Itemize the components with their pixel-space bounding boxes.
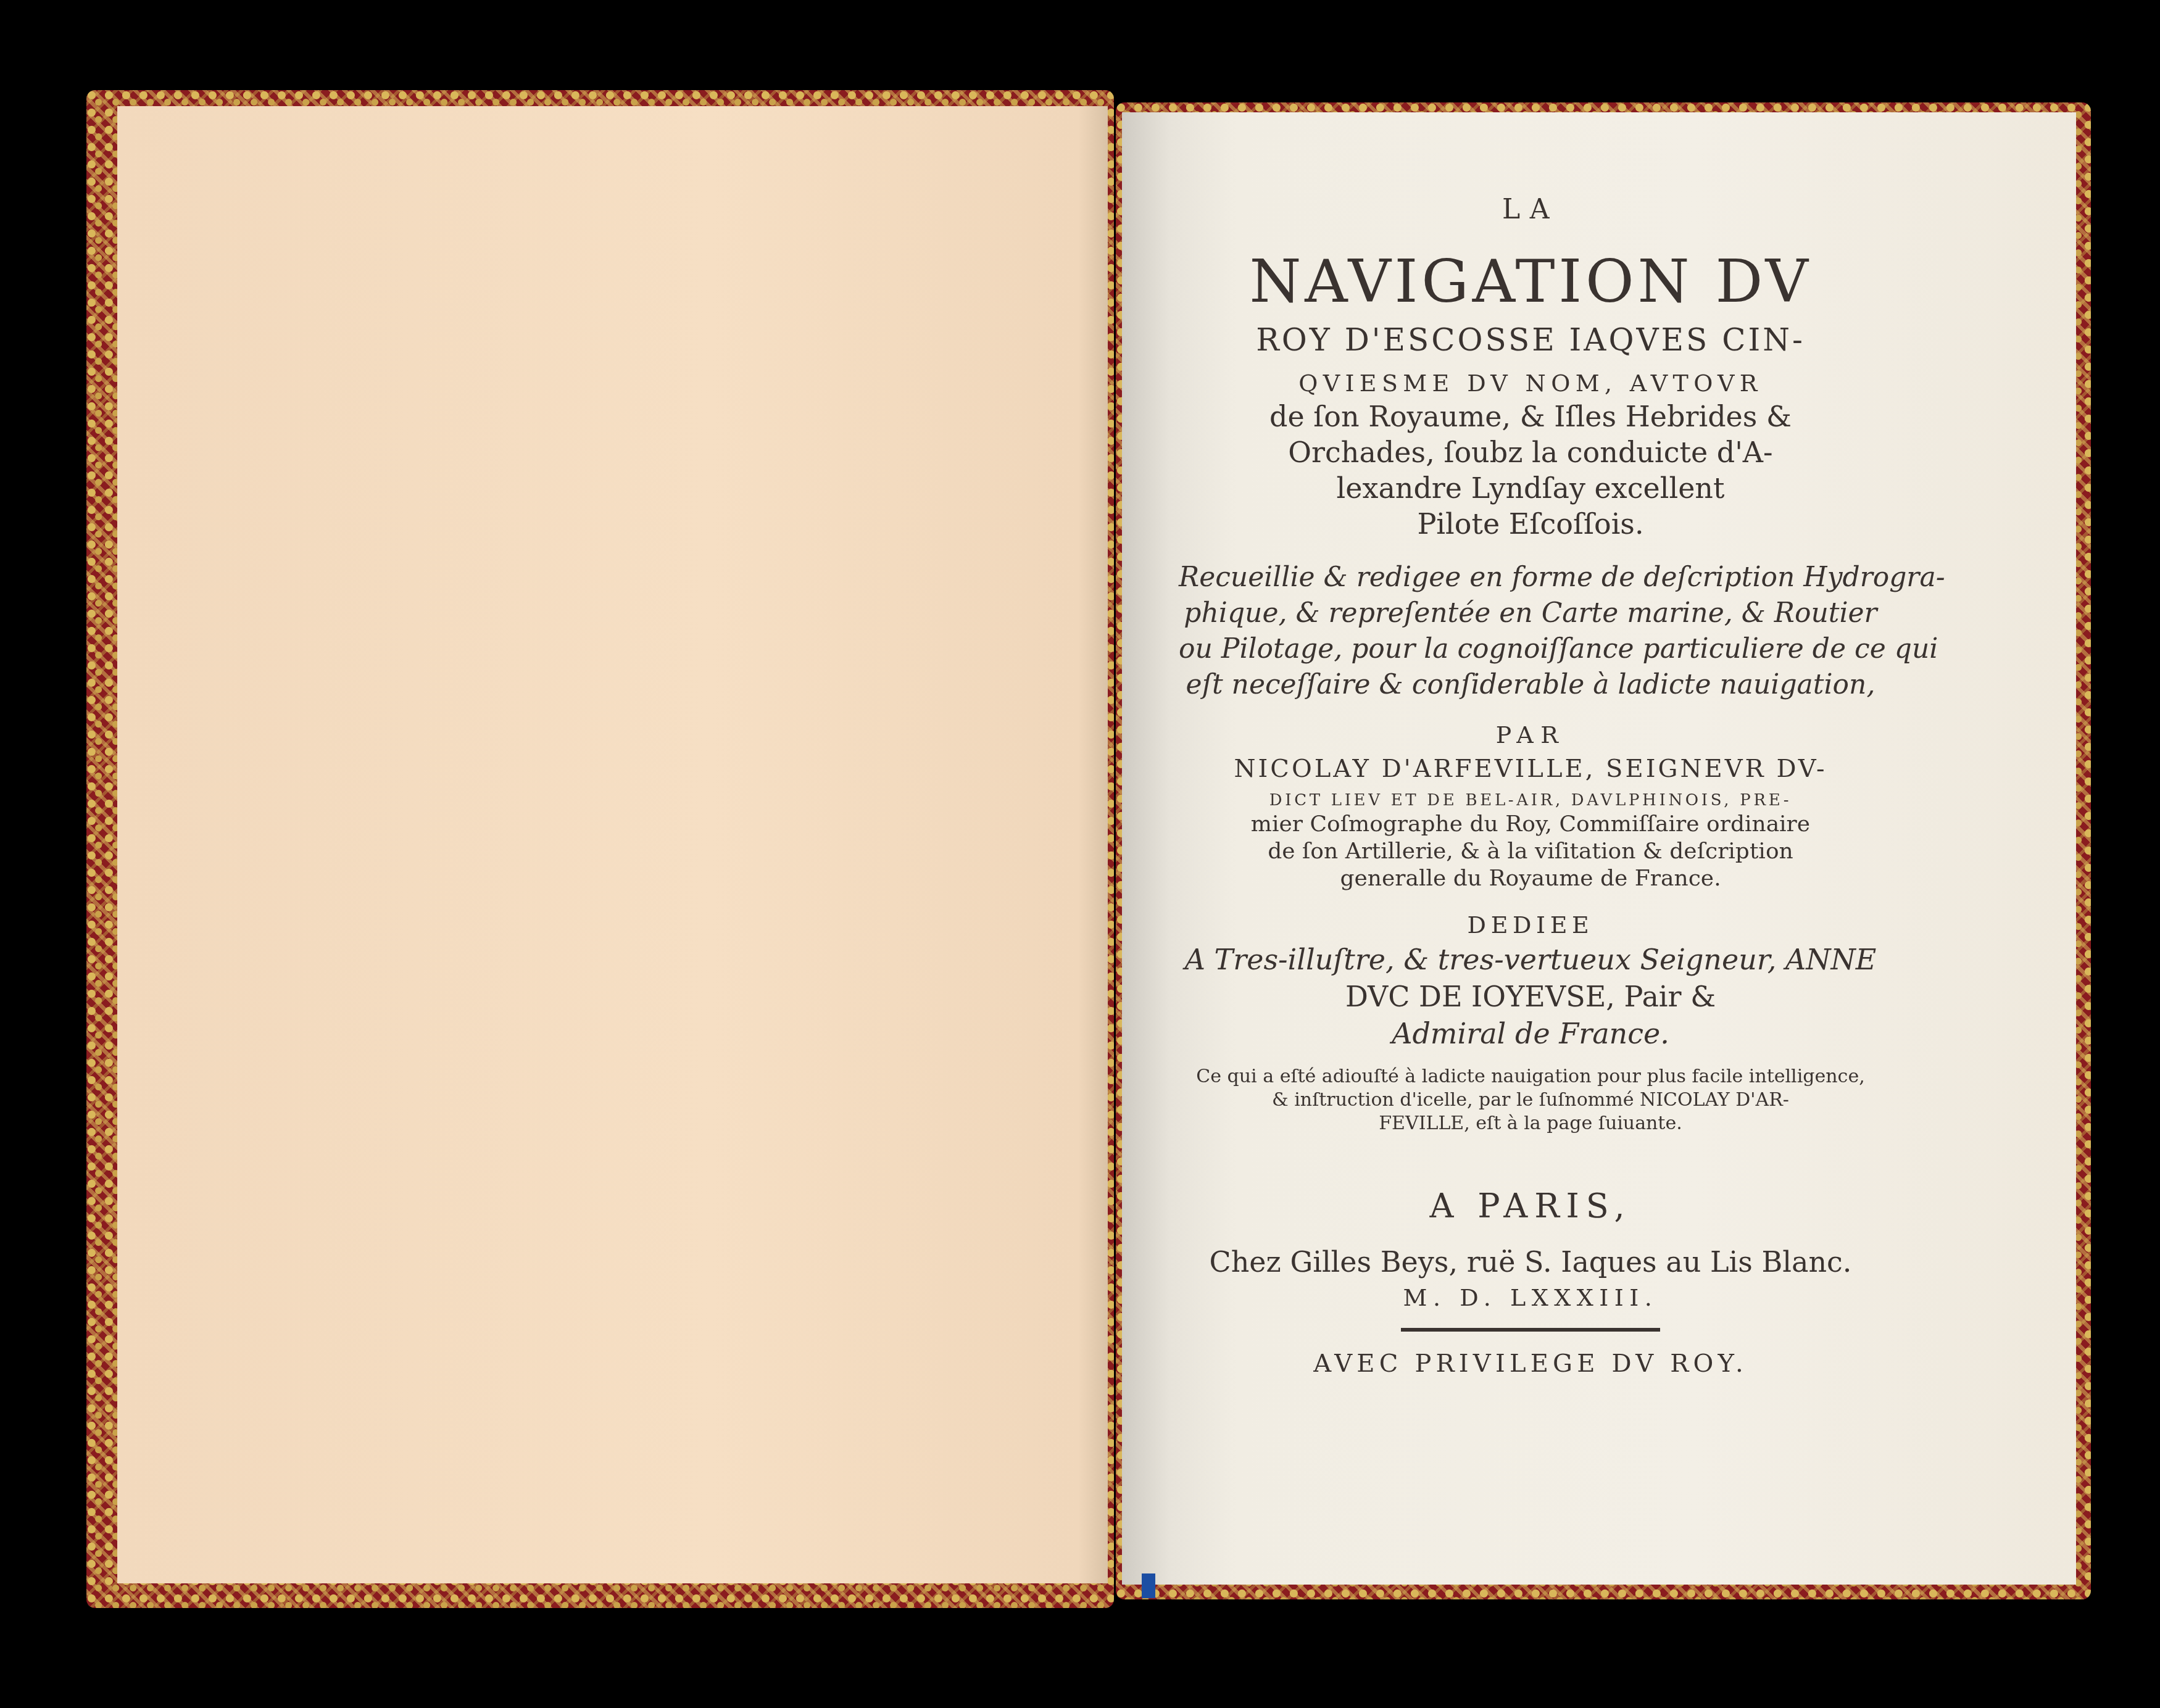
author-title: DICT LIEV ET DE BEL-AIR, DAVLPHINOIS, PR… [1179,792,1882,808]
title-body-line: Orchades, ſoubz la conduicte d'A- [1179,438,1882,466]
dedication-line: DVC DE IOYEVSE, Pair & [1179,982,1882,1011]
title-main: NAVIGATION DV [1179,252,1882,311]
imprint-date: M. D. LXXXIII. [1179,1286,1882,1309]
dedication-line: Admiral de France. [1179,1019,1882,1048]
title-body-line: de ſon Royaume, & Iſles Hebrides & [1179,402,1882,431]
title-article: LA [1179,196,1882,223]
bookmark-ribbon [1142,1573,1155,1598]
subtitle-italic-line: Recueillie & redigee en forme de deſcrip… [1179,564,1882,591]
subtitle-italic-line: phique, & repreſentée en Carte marine, &… [1179,600,1882,627]
title-body-line: lexandre Lyndſay excellent [1179,474,1882,502]
author-name: NICOLAY D'ARFEVILLE, SEIGNEVR DV- [1179,757,1882,781]
note-line: FEVILLE, eſt à la page ſuiuante. [1179,1114,1882,1133]
by-label: PAR [1179,723,1882,747]
dedication-label: DEDIEE [1179,913,1882,937]
dedication-line: A Tres-illuſtre, & tres-vertueux Seigneu… [1179,945,1882,974]
left-pastedown-page [117,106,1108,1583]
title-line-2: ROY D'ESCOSSE IAQVES CIN- [1179,325,1882,355]
privilege-line: AVEC PRIVILEGE DV ROY. [1179,1351,1882,1376]
author-titles-line: generalle du Royaume de France. [1179,868,1882,890]
divider-rule [1401,1328,1660,1332]
subtitle-italic-line: eſt neceſſaire & conſiderable à ladicte … [1179,671,1882,699]
title-line-3: QVIESME DV NOM, AVTOVR [1179,371,1882,395]
imprint-printer: Chez Gilles Beys, ruë S. Iaques au Lis B… [1179,1248,1882,1276]
title-page-text: LA NAVIGATION DV ROY D'ESCOSSE IAQVES CI… [1179,185,1882,1376]
note-line: Ce qui a eſté adiouſté à ladicte nauigat… [1179,1067,1882,1086]
author-titles-line: mier Coſmographe du Roy, Commiſſaire ord… [1179,813,1882,835]
author-titles-line: de ſon Artillerie, & à la viſitation & d… [1179,840,1882,863]
subtitle-italic-line: ou Pilotage, pour la cognoiſſance partic… [1179,636,1882,663]
imprint-place: A PARIS, [1179,1190,1882,1223]
note-line: & inſtruction d'icelle, par le ſuſnommé … [1179,1091,1882,1109]
title-body-line: Pilote Eſcoſſois. [1179,510,1882,538]
